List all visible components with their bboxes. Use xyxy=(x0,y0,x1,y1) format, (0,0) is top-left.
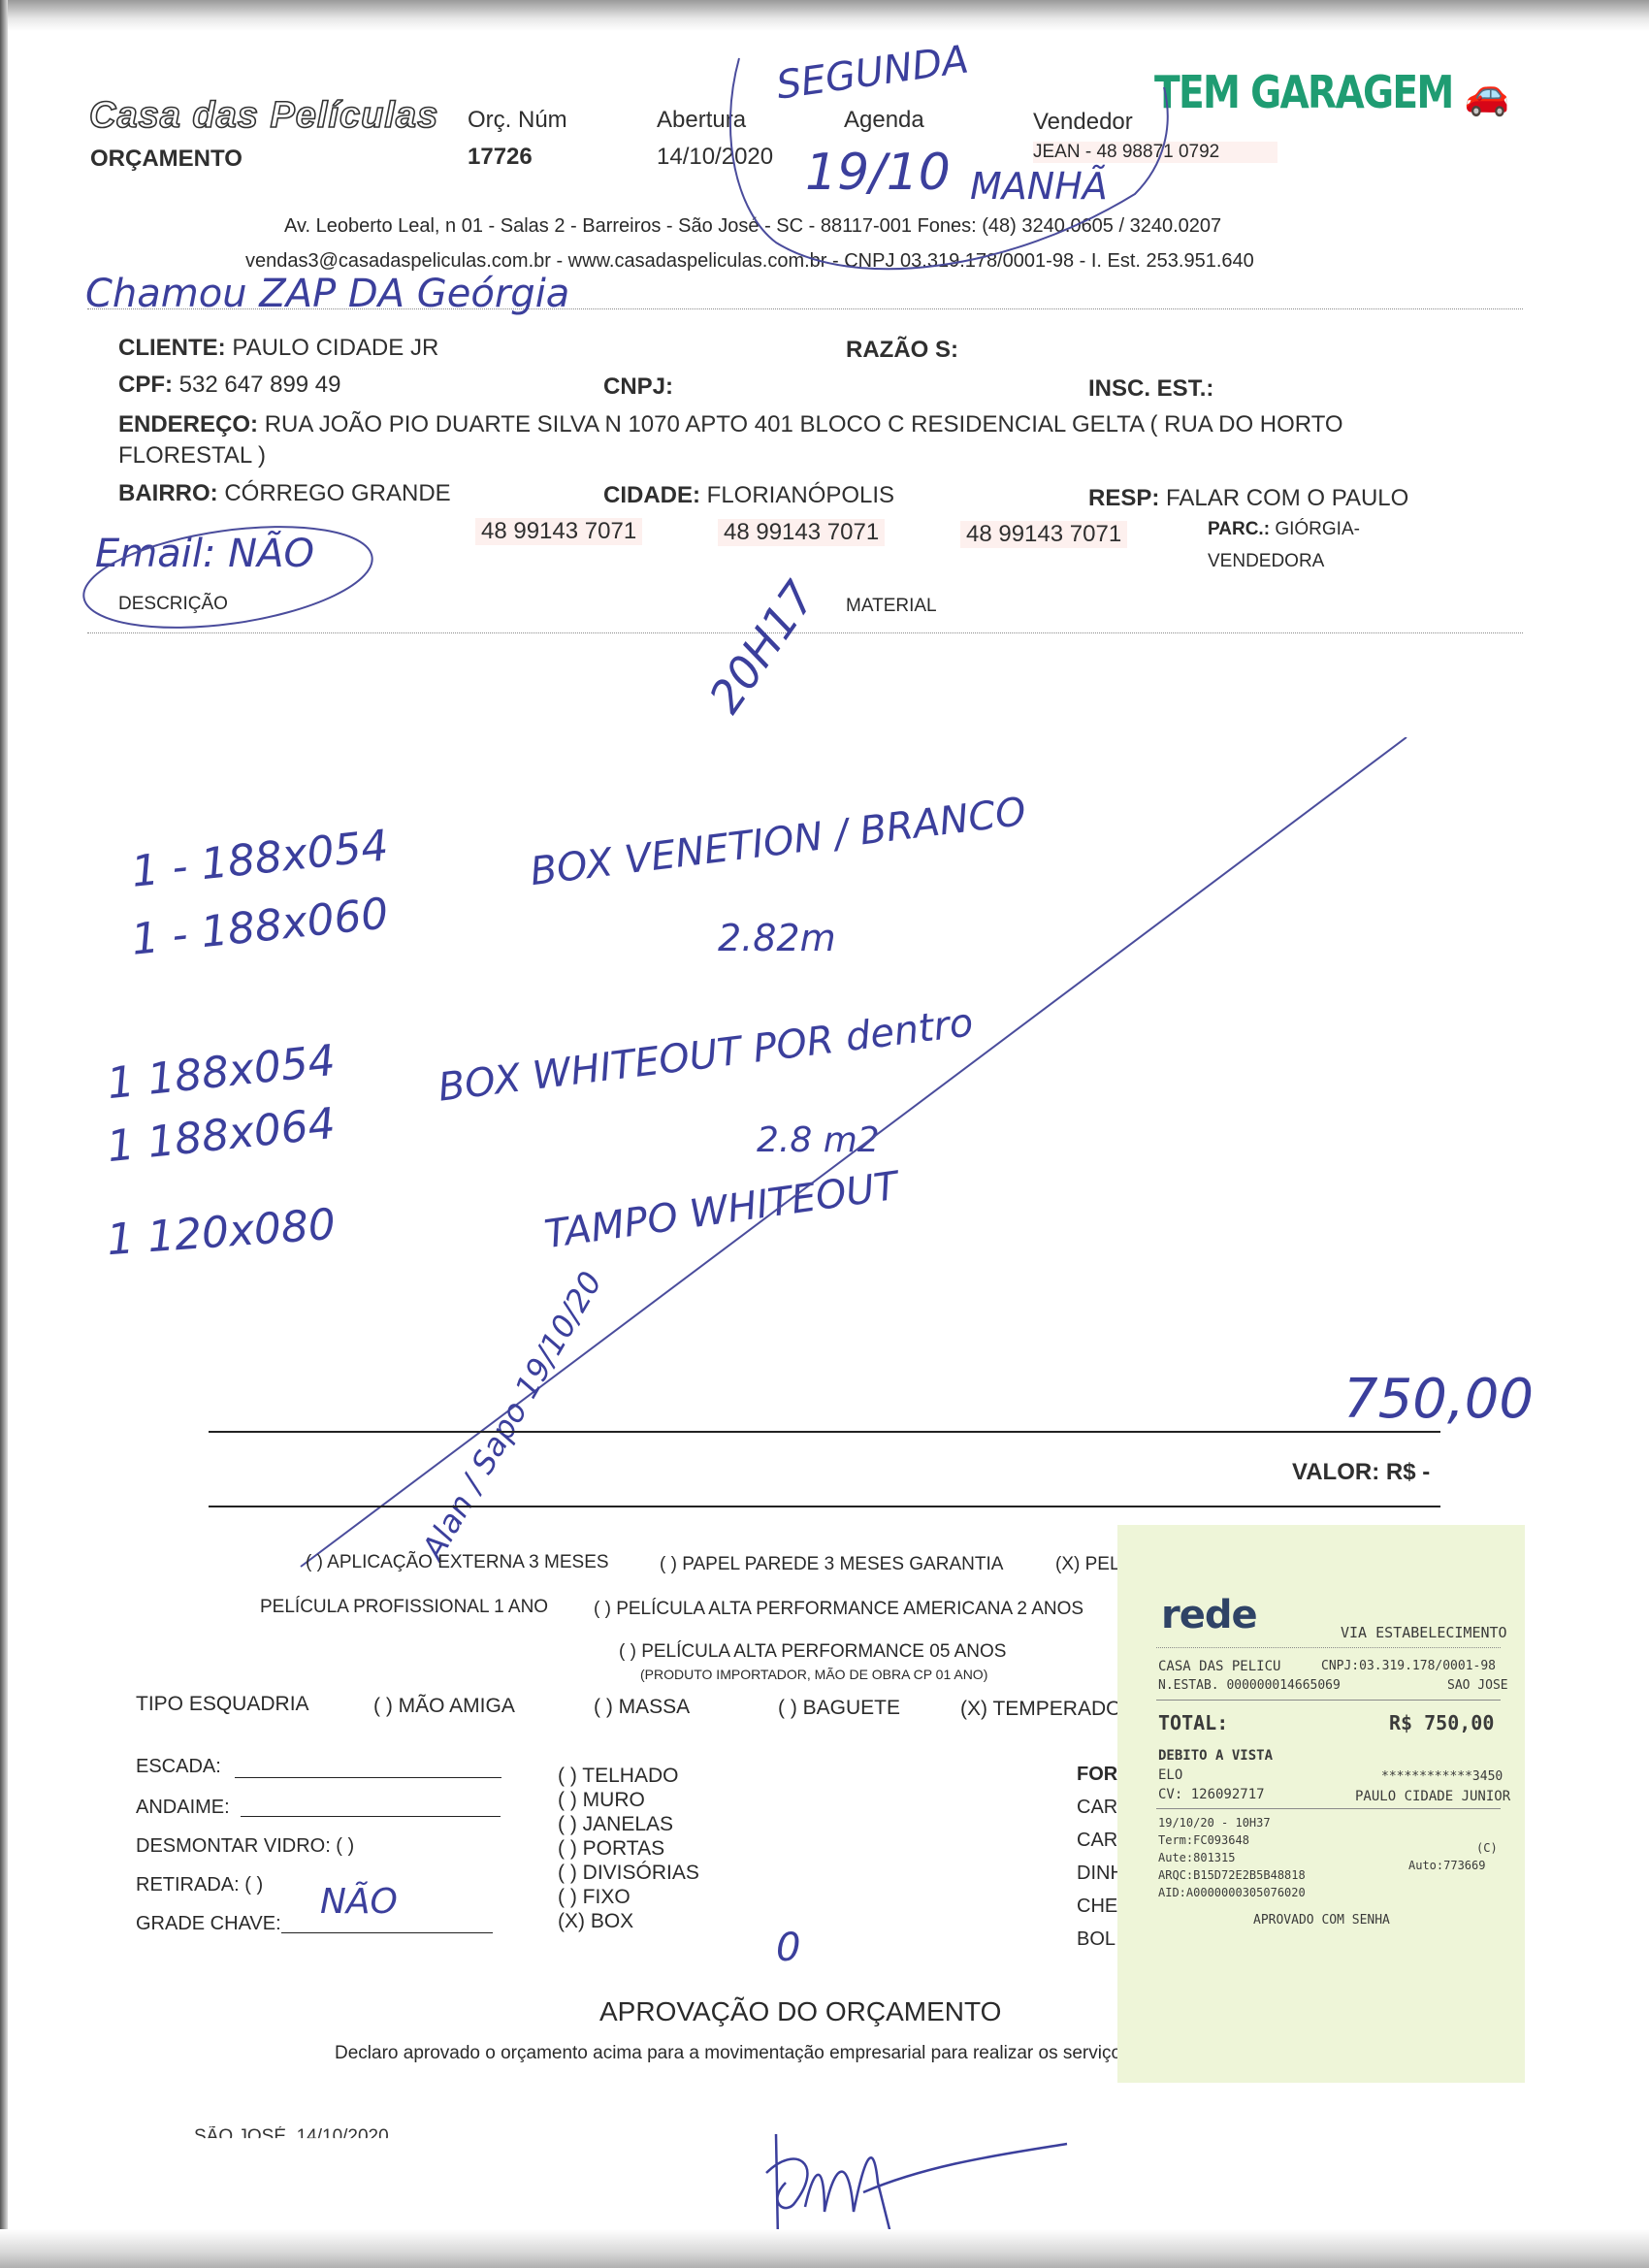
grade-chave-field: GRADE CHAVE: xyxy=(136,1913,281,1935)
resp-field: RESP: FALAR COM O PAULO xyxy=(1088,485,1408,512)
orc-num: 17726 xyxy=(468,144,533,171)
descricao-label: DESCRIÇÃO xyxy=(118,594,228,615)
receipt-status: APROVADO COM SENHA xyxy=(1253,1913,1390,1928)
receipt-city: SAO JOSE xyxy=(1447,1678,1508,1693)
receipt-aute: Aute:801315 xyxy=(1158,1851,1235,1864)
andaime-field: ANDAIME: xyxy=(136,1797,230,1819)
option-mao-amiga[interactable]: ( ) MÃO AMIGA xyxy=(373,1695,515,1718)
handwritten-note: Chamou ZAP DA Geórgia xyxy=(85,272,569,316)
receipt-arqc: ARQC:B15D72E2B5B48818 xyxy=(1158,1868,1306,1882)
grade-chave-line[interactable] xyxy=(281,1932,493,1933)
cpf-field: CPF: 532 647 899 49 xyxy=(118,372,341,399)
receipt-merchant: CASA DAS PELICU xyxy=(1158,1659,1280,1674)
option-pelicula-americana[interactable]: ( ) PELÍCULA ALTA PERFORMANCE AMERICANA … xyxy=(594,1599,1083,1620)
receipt-total-label: TOTAL: xyxy=(1158,1711,1228,1734)
endereco-field: ENDEREÇO: RUA JOÃO PIO DUARTE SILVA N 10… xyxy=(118,411,1343,438)
handwritten-material-note: 20H17 xyxy=(698,571,825,722)
local-item[interactable]: ( ) DIVISÓRIAS xyxy=(558,1861,699,1885)
cliente-field: CLIENTE: PAULO CIDADE JR xyxy=(118,335,438,362)
razao-label: RAZÃO S: xyxy=(846,337,958,364)
local-item[interactable]: ( ) PORTAS xyxy=(558,1836,699,1861)
card-receipt: rede VIA ESTABELECIMENTO CASA DAS PELICU… xyxy=(1117,1525,1525,2083)
receipt-type: DEBITO A VISTA xyxy=(1158,1748,1273,1764)
divider xyxy=(209,1506,1440,1507)
handwritten-mark: 0 xyxy=(776,1926,800,1970)
receipt-term: Term:FC093648 xyxy=(1158,1833,1249,1847)
valor-label: VALOR: R$ - xyxy=(1292,1459,1430,1486)
andaime-line[interactable] xyxy=(241,1816,501,1817)
stamp-text: TEM GARAGEM xyxy=(1154,66,1453,118)
doc-type: ORÇAMENTO xyxy=(90,146,242,173)
local-item[interactable]: (X) BOX xyxy=(558,1909,699,1933)
receipt-auto: Auto:773669 xyxy=(1408,1859,1485,1872)
divider xyxy=(1156,1647,1501,1648)
retirada-field[interactable]: RETIRADA: ( ) xyxy=(136,1874,263,1896)
receipt-via: VIA ESTABELECIMENTO xyxy=(1341,1624,1507,1641)
handwritten-circle xyxy=(718,49,1183,291)
desmontar-field[interactable]: DESMONTAR VIDRO: ( ) xyxy=(136,1835,354,1858)
option-aplicacao-externa[interactable]: ( ) APLICAÇÃO EXTERNA 3 MESES xyxy=(306,1552,609,1573)
scan-edge xyxy=(0,0,8,2268)
place-date: SÃO JOSÉ, 14/10/2020 xyxy=(194,2126,389,2148)
cidade-field: CIDADE: FLORIANÓPOLIS xyxy=(603,482,894,509)
parc-cont: VENDEDORA xyxy=(1208,551,1324,572)
local-item[interactable]: ( ) JANELAS xyxy=(558,1812,699,1836)
approval-text: Declaro aprovado o orçamento acima para … xyxy=(335,2043,1131,2064)
divider xyxy=(1156,1808,1501,1809)
receipt-card-masked: ************3450 xyxy=(1381,1769,1503,1784)
local-item[interactable]: ( ) TELHADO xyxy=(558,1764,699,1788)
receipt-cnpj: CNPJ:03.319.178/0001-98 xyxy=(1321,1659,1496,1673)
local-item[interactable]: ( ) MURO xyxy=(558,1788,699,1812)
receipt-card: ELO xyxy=(1158,1767,1182,1783)
option-pelicula-profissional[interactable]: PELÍCULA PROFISSIONAL 1 ANO xyxy=(260,1597,548,1618)
approval-title: APROVAÇÃO DO ORÇAMENTO xyxy=(599,1996,1001,2027)
receipt-c-flag: (C) xyxy=(1476,1841,1498,1855)
divider xyxy=(87,632,1523,633)
divider xyxy=(1156,1700,1501,1701)
phone-3: 48 99143 7071 xyxy=(960,521,1127,548)
locais-list: ( ) TELHADO ( ) MURO ( ) JANELAS ( ) POR… xyxy=(558,1764,699,1933)
receipt-estab: N.ESTAB. 000000014665069 xyxy=(1158,1678,1341,1693)
scan-edge xyxy=(0,0,1649,31)
receipt-aid: AID:A0000000305076020 xyxy=(1158,1886,1306,1899)
endereco-cont: FLORESTAL ) xyxy=(118,442,266,470)
car-icon: 🚗 xyxy=(1465,69,1508,118)
bairro-field: BAIRRO: CÓRREGO GRANDE xyxy=(118,480,451,507)
escada-field: ESCADA: xyxy=(136,1756,221,1778)
option-temperado[interactable]: (X) TEMPERADO xyxy=(960,1698,1121,1721)
material-label: MATERIAL xyxy=(846,596,937,617)
parc-field: PARC.: GIÓRGIA- xyxy=(1208,519,1360,540)
receipt-cv: CV: 126092717 xyxy=(1158,1787,1265,1802)
divider xyxy=(209,1431,1440,1433)
scan-edge xyxy=(0,2229,1649,2268)
cnpj-label: CNPJ: xyxy=(603,373,673,401)
receipt-datetime: 19/10/20 - 10H37 xyxy=(1158,1816,1271,1830)
escada-line[interactable] xyxy=(235,1777,501,1778)
receipt-holder: PAULO CIDADE JUNIOR xyxy=(1355,1789,1510,1804)
rede-logo: rede xyxy=(1161,1593,1257,1637)
insc-est-label: INSC. EST.: xyxy=(1088,375,1213,403)
garage-stamp: TEM GARAGEM 🚗 xyxy=(1154,66,1507,118)
option-note: (PRODUTO IMPORTADOR, MÃO DE OBRA CP 01 A… xyxy=(640,1667,987,1682)
handwritten-valor: 750,00 xyxy=(1343,1368,1534,1431)
esquadria-label: TIPO ESQUADRIA xyxy=(136,1693,309,1716)
option-massa[interactable]: ( ) MASSA xyxy=(594,1696,690,1719)
local-item[interactable]: ( ) FIXO xyxy=(558,1885,699,1909)
phone-1: 48 99143 7071 xyxy=(475,518,642,545)
option-papel-parede[interactable]: ( ) PAPEL PAREDE 3 MESES GARANTIA xyxy=(660,1554,1003,1575)
phone-2: 48 99143 7071 xyxy=(718,519,885,546)
option-baguete[interactable]: ( ) BAGUETE xyxy=(778,1697,900,1720)
company-logo: Casa das Películas xyxy=(89,95,438,137)
handwritten-grade-chave: NÃO xyxy=(320,1882,398,1922)
orc-num-label: Orç. Núm xyxy=(468,107,567,134)
receipt-total: R$ 750,00 xyxy=(1389,1711,1494,1734)
option-pelicula-05-anos[interactable]: ( ) PELÍCULA ALTA PERFORMANCE 05 ANOS xyxy=(619,1641,1006,1663)
handwritten-strike-line xyxy=(291,737,1416,1571)
